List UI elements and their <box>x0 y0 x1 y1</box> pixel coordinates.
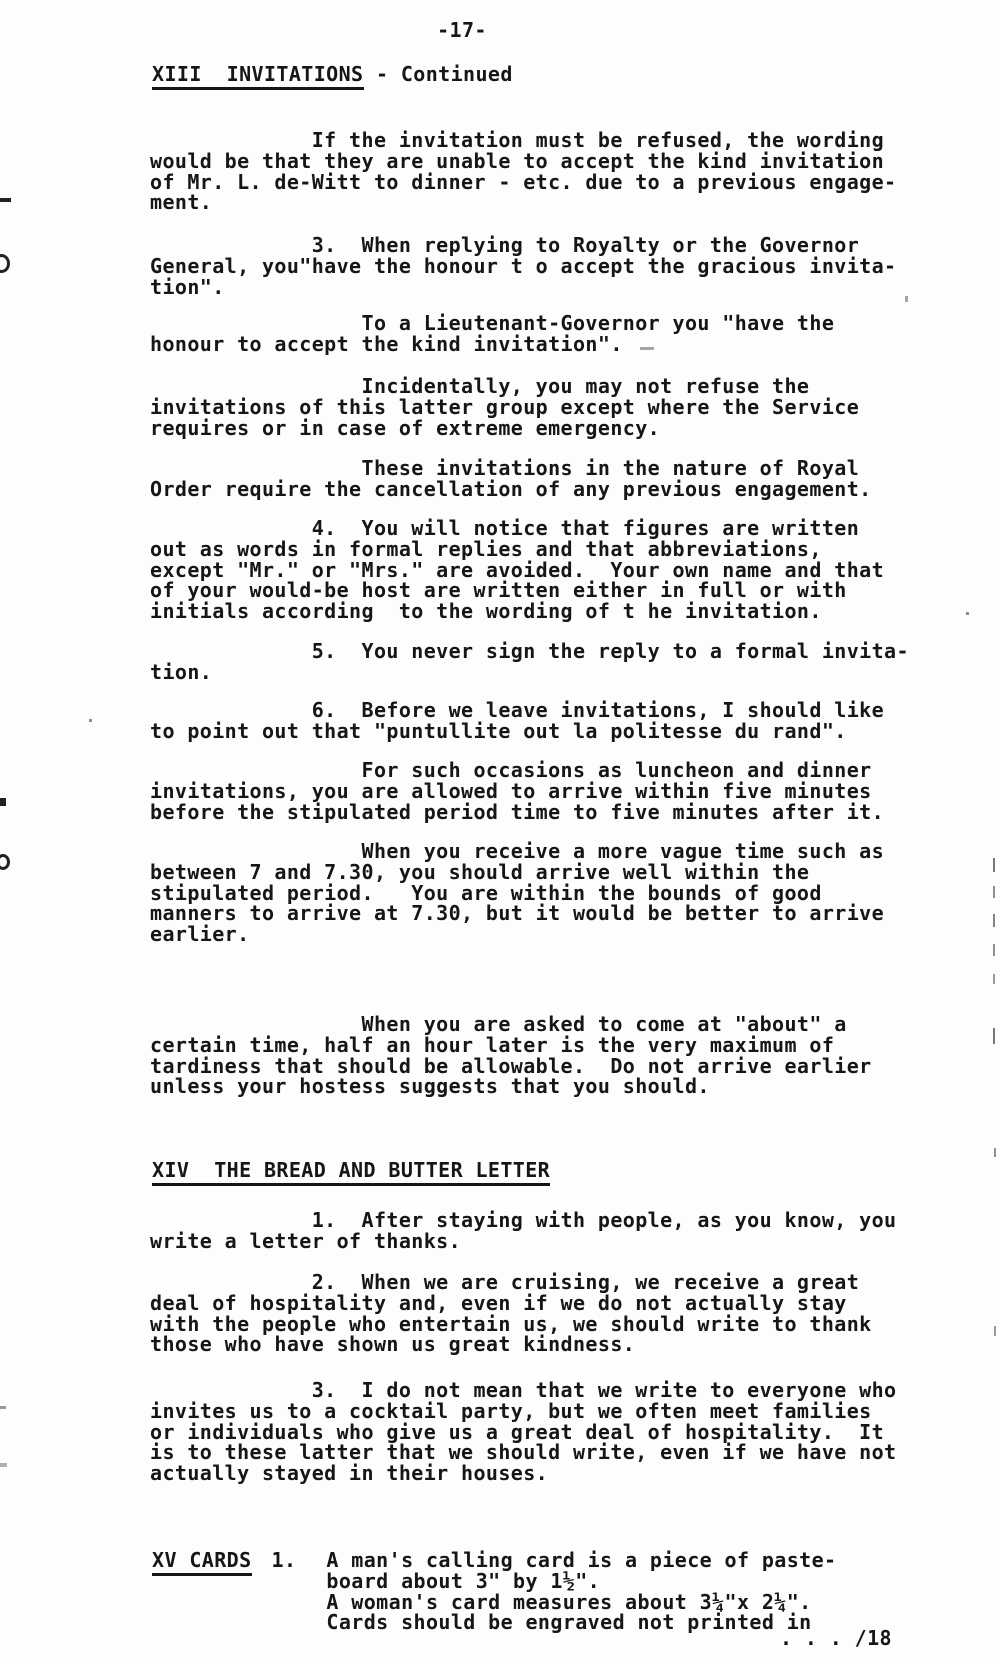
paragraph-incidentally: Incidentally, you may not refuse the inv… <box>150 376 859 438</box>
scan-artifact <box>993 858 995 872</box>
section-xv-text: A man's calling card is a piece of paste… <box>326 1550 836 1633</box>
paragraph-figures-as-words: 4. You will notice that figures are writ… <box>150 518 884 622</box>
scan-artifact <box>993 1028 995 1044</box>
paragraph-never-sign: 5. You never sign the reply to a formal … <box>150 641 909 683</box>
continuation-mark: . . . /18 <box>780 1628 892 1649</box>
paragraph-refused: If the invitation must be refused, the w… <box>150 130 896 213</box>
paragraph-about-time: When you are asked to come at "about" a … <box>150 1014 872 1097</box>
section-xiv-heading: XIV THE BREAD AND BUTTER LETTER <box>152 1160 550 1186</box>
paragraph-vague-time: When you receive a more vague time such … <box>150 841 884 945</box>
paragraph-five-minutes: For such occasions as luncheon and dinne… <box>150 760 884 822</box>
scan-artifact <box>994 1326 996 1336</box>
scan-artifact <box>89 719 92 722</box>
section-xv-title: XV CARDS <box>152 1550 252 1576</box>
scan-artifact <box>966 612 969 615</box>
scan-artifact <box>993 944 995 956</box>
document-page: -17- XIII INVITATIONS - Continued If the… <box>0 0 1000 1658</box>
scan-artifact <box>0 1406 6 1409</box>
paragraph-letter-of-thanks: 1. After staying with people, as you kno… <box>150 1210 896 1252</box>
section-xiii-title: XIII INVITATIONS <box>152 64 364 90</box>
section-xiii-heading-suffix: - Continued <box>364 62 513 86</box>
page-number: -17- <box>362 20 562 41</box>
scan-artifact <box>993 886 995 898</box>
scan-artifact <box>0 1463 7 1467</box>
scan-artifact <box>994 1148 996 1157</box>
scan-artifact <box>0 854 10 870</box>
section-xiii-heading: XIII INVITATIONS - Continued <box>152 64 513 90</box>
scan-artifact <box>0 798 6 806</box>
scan-artifact <box>0 198 11 202</box>
paragraph-politesse: 6. Before we leave invitations, I should… <box>150 700 884 742</box>
scan-artifact <box>993 914 995 927</box>
section-xv: XV CARDS 1. A man's calling card is a pi… <box>152 1550 837 1633</box>
scan-artifact <box>0 254 10 273</box>
section-xv-item-number: 1. <box>272 1550 297 1571</box>
scan-artifact <box>993 974 995 984</box>
scan-artifact <box>905 296 908 302</box>
paragraph-royal-order: These invitations in the nature of Royal… <box>150 458 872 500</box>
scan-artifact <box>640 347 654 350</box>
paragraph-royalty: 3. When replying to Royalty or the Gover… <box>150 235 896 297</box>
paragraph-cruising: 2. When we are cruising, we receive a gr… <box>150 1272 872 1355</box>
section-xiv-title: XIV THE BREAD AND BUTTER LETTER <box>152 1160 550 1186</box>
paragraph-cocktail-party: 3. I do not mean that we write to everyo… <box>150 1380 896 1484</box>
paragraph-lieutenant-governor: To a Lieutenant-Governor you "have the h… <box>150 313 834 355</box>
